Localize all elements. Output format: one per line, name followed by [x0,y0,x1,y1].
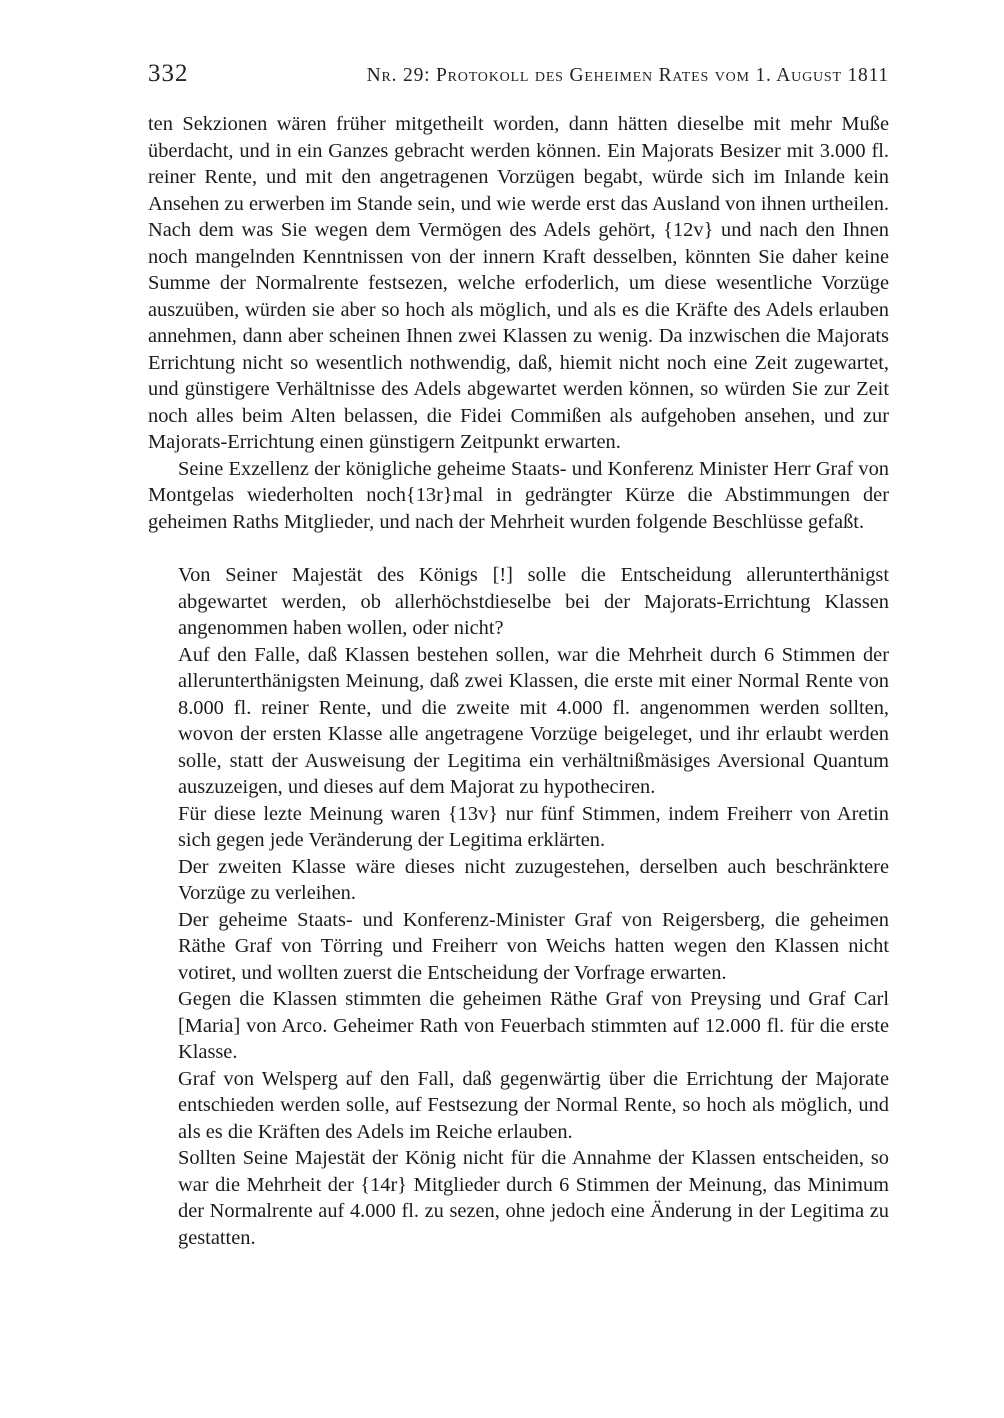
main-text: ten Sekzionen wären früher mitgetheilt w… [148,111,889,1251]
body-paragraphs: ten Sekzionen wären früher mitgetheilt w… [148,111,889,535]
page-header: 332 Nr. 29: Protokoll des Geheimen Rates… [148,60,889,88]
paragraph: Der geheime Staats- und Konferenz-Minist… [178,907,889,987]
paragraph: Für diese lezte Meinung waren {13v} nur … [178,801,889,854]
resolution-block: Von Seiner Majestät des Königs [!] solle… [178,562,889,1251]
paragraph: Graf von Welsperg auf den Fall, daß gege… [178,1066,889,1146]
paragraph: Seine Exzellenz der königliche geheime S… [148,456,889,536]
paragraph: ten Sekzionen wären früher mitgetheilt w… [148,111,889,456]
paragraph: Sollten Seine Majestät der König nicht f… [178,1145,889,1251]
book-page: 332 Nr. 29: Protokoll des Geheimen Rates… [0,0,1004,1418]
paragraph: Gegen die Klassen stimmten die geheimen … [178,986,889,1066]
paragraph: Der zweiten Klasse wäre dieses nicht zuz… [178,854,889,907]
paragraph: Auf den Falle, daß Klassen bestehen soll… [178,642,889,801]
page-number: 332 [148,60,189,88]
running-header-title: Nr. 29: Protokoll des Geheimen Rates vom… [367,65,889,87]
paragraph: Von Seiner Majestät des Königs [!] solle… [178,562,889,642]
